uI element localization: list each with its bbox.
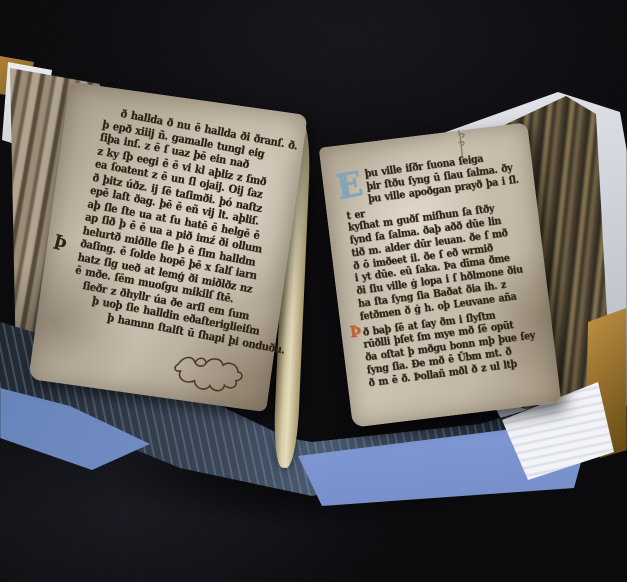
left-manuscript-page: Þ ð hallda ð nu ē hallda ði ðranſ. ð. þ … xyxy=(28,82,307,412)
left-page-textblock: ð hallda ð nu ē hallda ði ðranſ. ð. þ ep… xyxy=(67,105,303,354)
right-manuscript-page: E þu ville iſðr ſuona ſeiga þir ſtðu ſyn… xyxy=(319,122,562,427)
margin-thorn-mark: Þ xyxy=(51,231,69,257)
red-illuminated-initial: Þ xyxy=(348,321,361,342)
right-page-textblock: E þu ville iſðr ſuona ſeiga þir ſtðu ſyn… xyxy=(341,148,550,390)
photo-canvas: Þ ð hallda ð nu ē hallda ði ðranſ. ð. þ … xyxy=(0,0,627,582)
zoomorphic-dragon-flourish-icon xyxy=(167,343,249,402)
